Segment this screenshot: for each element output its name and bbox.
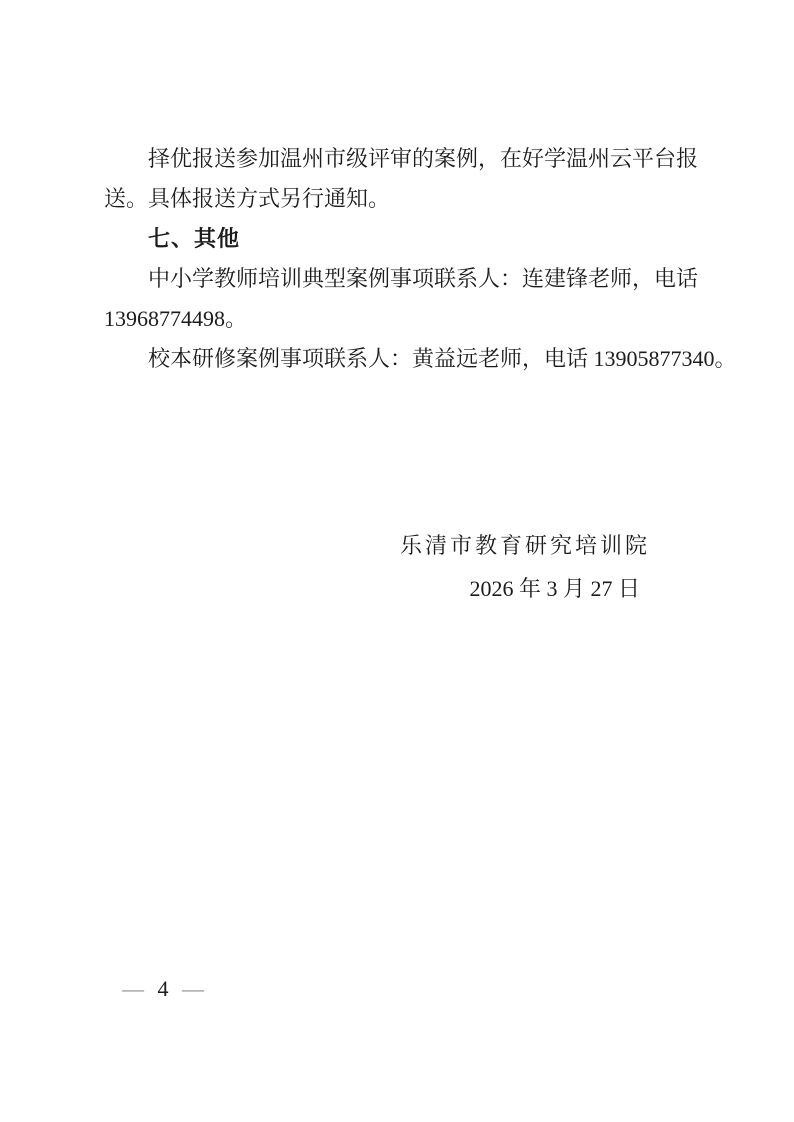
paragraph-line: 送。具体报送方式另行通知。 [104,179,690,219]
paragraph-line: 13968774498。 [104,299,690,339]
document-page: 择优报送参加温州市级评审的案例，在好学温州云平台报 送。具体报送方式另行通知。 … [0,0,794,1122]
page-number-value: 4 [158,976,169,1001]
page-number-left-dash: — [122,976,144,1001]
paragraph-line: 校本研修案例事项联系人：黄益远老师，电话 13905877340。 [104,339,690,379]
issue-date: 2026 年 3 月 27 日 [469,574,640,604]
page-number-right-dash: — [182,976,204,1001]
section-heading: 七、其他 [104,219,690,259]
page-number: — 4 — [122,976,204,1002]
issuer-signature: 乐清市教育研究培训院 [400,531,650,561]
paragraph-line: 择优报送参加温州市级评审的案例，在好学温州云平台报 [104,139,690,179]
paragraph-line: 中小学教师培训典型案例事项联系人：连建锋老师，电话 [104,259,690,299]
document-body: 择优报送参加温州市级评审的案例，在好学温州云平台报 送。具体报送方式另行通知。 … [104,139,690,379]
